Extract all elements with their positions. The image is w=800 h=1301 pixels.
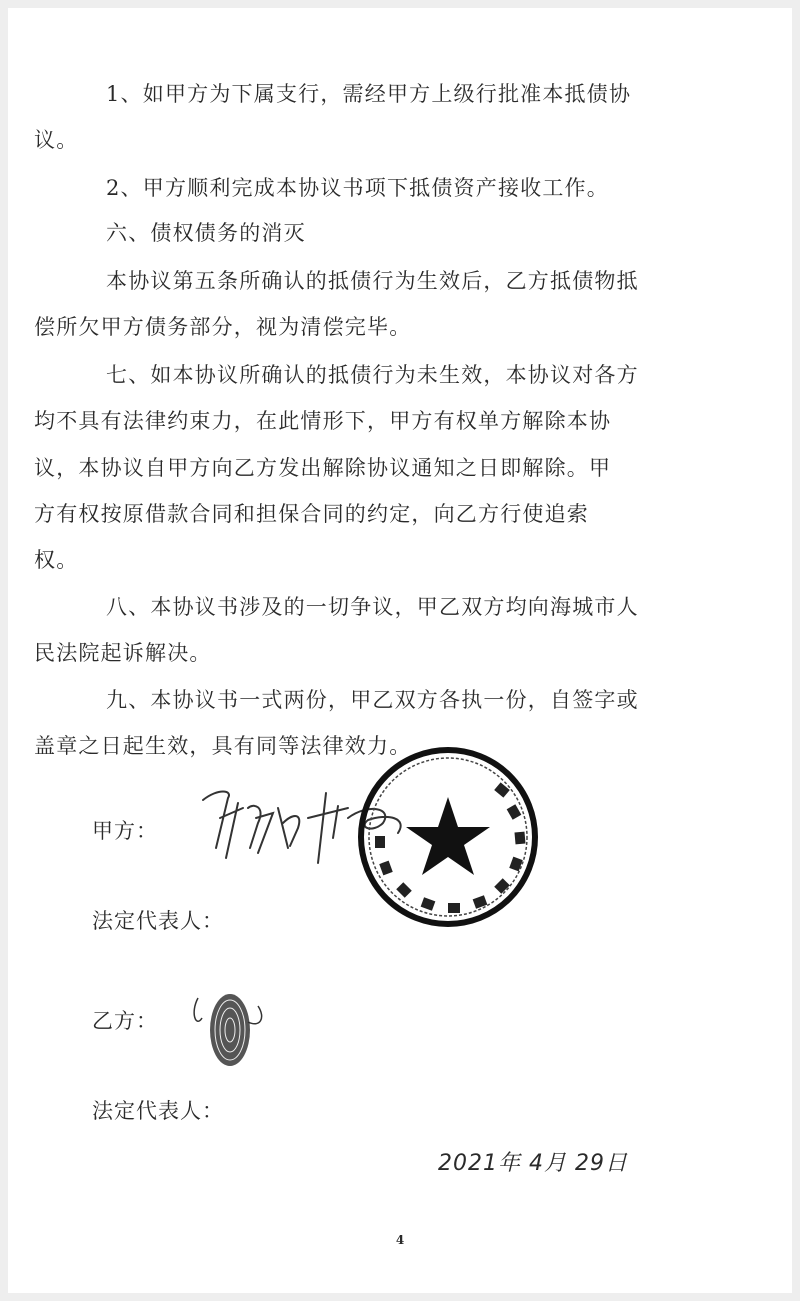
official-seal [356, 745, 541, 930]
page-number: 4 [8, 1233, 792, 1247]
text-line: 方有权按原借款合同和担保合同的约定，向乙方行使追索 [34, 501, 589, 527]
party-b-rep-label: 法定代表人： [92, 1098, 224, 1124]
text-line: 议。 [34, 127, 78, 153]
text-line: 权。 [34, 547, 78, 573]
text-line: 偿所欠甲方债务部分，视为清偿完毕。 [34, 314, 411, 340]
signing-date: 2021年 4月 29日 [438, 1146, 628, 1177]
section-heading: 六、债权债务的消灭 [106, 220, 306, 246]
text-line: 1、如甲方为下属支行，需经甲方上级行批准本抵债协 [106, 81, 631, 107]
party-a-rep-label: 法定代表人： [92, 908, 224, 934]
text-line: 2、甲方顺利完成本协议书项下抵债资产接收工作。 [106, 175, 609, 201]
party-a-label: 甲方： [92, 818, 158, 844]
party-b-label: 乙方： [92, 1008, 158, 1034]
text-line: 民法院起诉解决。 [34, 640, 212, 666]
text-line: 七、如本协议所确认的抵债行为未生效，本协议对各方 [106, 362, 639, 388]
text-line: 均不具有法律约束力，在此情形下，甲方有权单方解除本协 [34, 408, 611, 434]
fingerprint [188, 988, 268, 1073]
document-page: 1、如甲方为下属支行，需经甲方上级行批准本抵债协 议。 2、甲方顺利完成本协议书… [8, 8, 792, 1293]
text-line: 盖章之日起生效，具有同等法律效力。 [34, 733, 411, 759]
text-line: 九、本协议书一式两份，甲乙双方各执一份，自签字或 [106, 687, 639, 713]
text-line: 议，本协议自甲方向乙方发出解除协议通知之日即解除。甲 [34, 455, 611, 481]
text-line: 八、本协议书涉及的一切争议，甲乙双方均向海城市人 [106, 594, 639, 620]
text-line: 本协议第五条所确认的抵债行为生效后，乙方抵债物抵 [106, 268, 639, 294]
